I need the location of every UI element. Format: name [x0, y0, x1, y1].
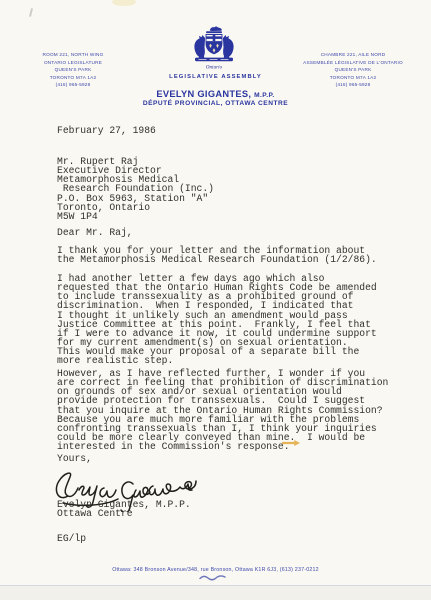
bear-crest-icon [206, 26, 222, 33]
assembly-title: LEGISLATIVE ASSEMBLY [0, 74, 431, 80]
recipient-address: Mr. Rupert Raj Executive Director Metamo… [57, 157, 214, 221]
shield-icon [206, 35, 222, 54]
ontario-coat-of-arms-icon: Ontario [187, 25, 241, 71]
yellow-smudge-mark [112, 0, 136, 6]
letter-date: February 27, 1986 [57, 126, 156, 135]
signer-name-block: Evelyn Gigantes, M.P.P. Ottawa Centre [57, 500, 191, 518]
crest-ontario-label: Ontario [206, 65, 223, 71]
moose-supporter-icon [194, 35, 205, 59]
member-post-nominal: M.P.P. [254, 92, 274, 99]
member-name: EVELYN GIGANTES, M.P.P. [0, 89, 431, 99]
letter-page: ROOM 221, NORTH WING ONTARIO LEGISLATURE… [0, 0, 431, 600]
scan-edge [0, 585, 431, 600]
letter-paragraph-3: However, as I have reflected further, I … [57, 369, 388, 451]
deer-supporter-icon [223, 35, 234, 59]
letter-paragraph-1: I thank you for your letter and the info… [57, 246, 377, 264]
footer-squiggle-mark [198, 573, 230, 582]
letterhead-left-address: ROOM 221, NORTH WING ONTARIO LEGISLATURE… [8, 51, 138, 89]
member-name-text: EVELYN GIGANTES, [156, 89, 251, 99]
letter-paragraph-2: I had another letter a few days ago whic… [57, 274, 377, 366]
reference-initials: EG/lp [57, 534, 86, 543]
letterhead-right-address: CHAMBRE 221, AILE NORD ASSEMBLÉE LÉGISLA… [288, 51, 418, 89]
pencil-mark [29, 8, 33, 17]
salutation: Dear Mr. Raj, [57, 228, 133, 237]
member-subtitle: DÉPUTÉ PROVINCIAL, OTTAWA CENTRE [0, 100, 431, 107]
motto-ribbon-icon [195, 58, 233, 62]
